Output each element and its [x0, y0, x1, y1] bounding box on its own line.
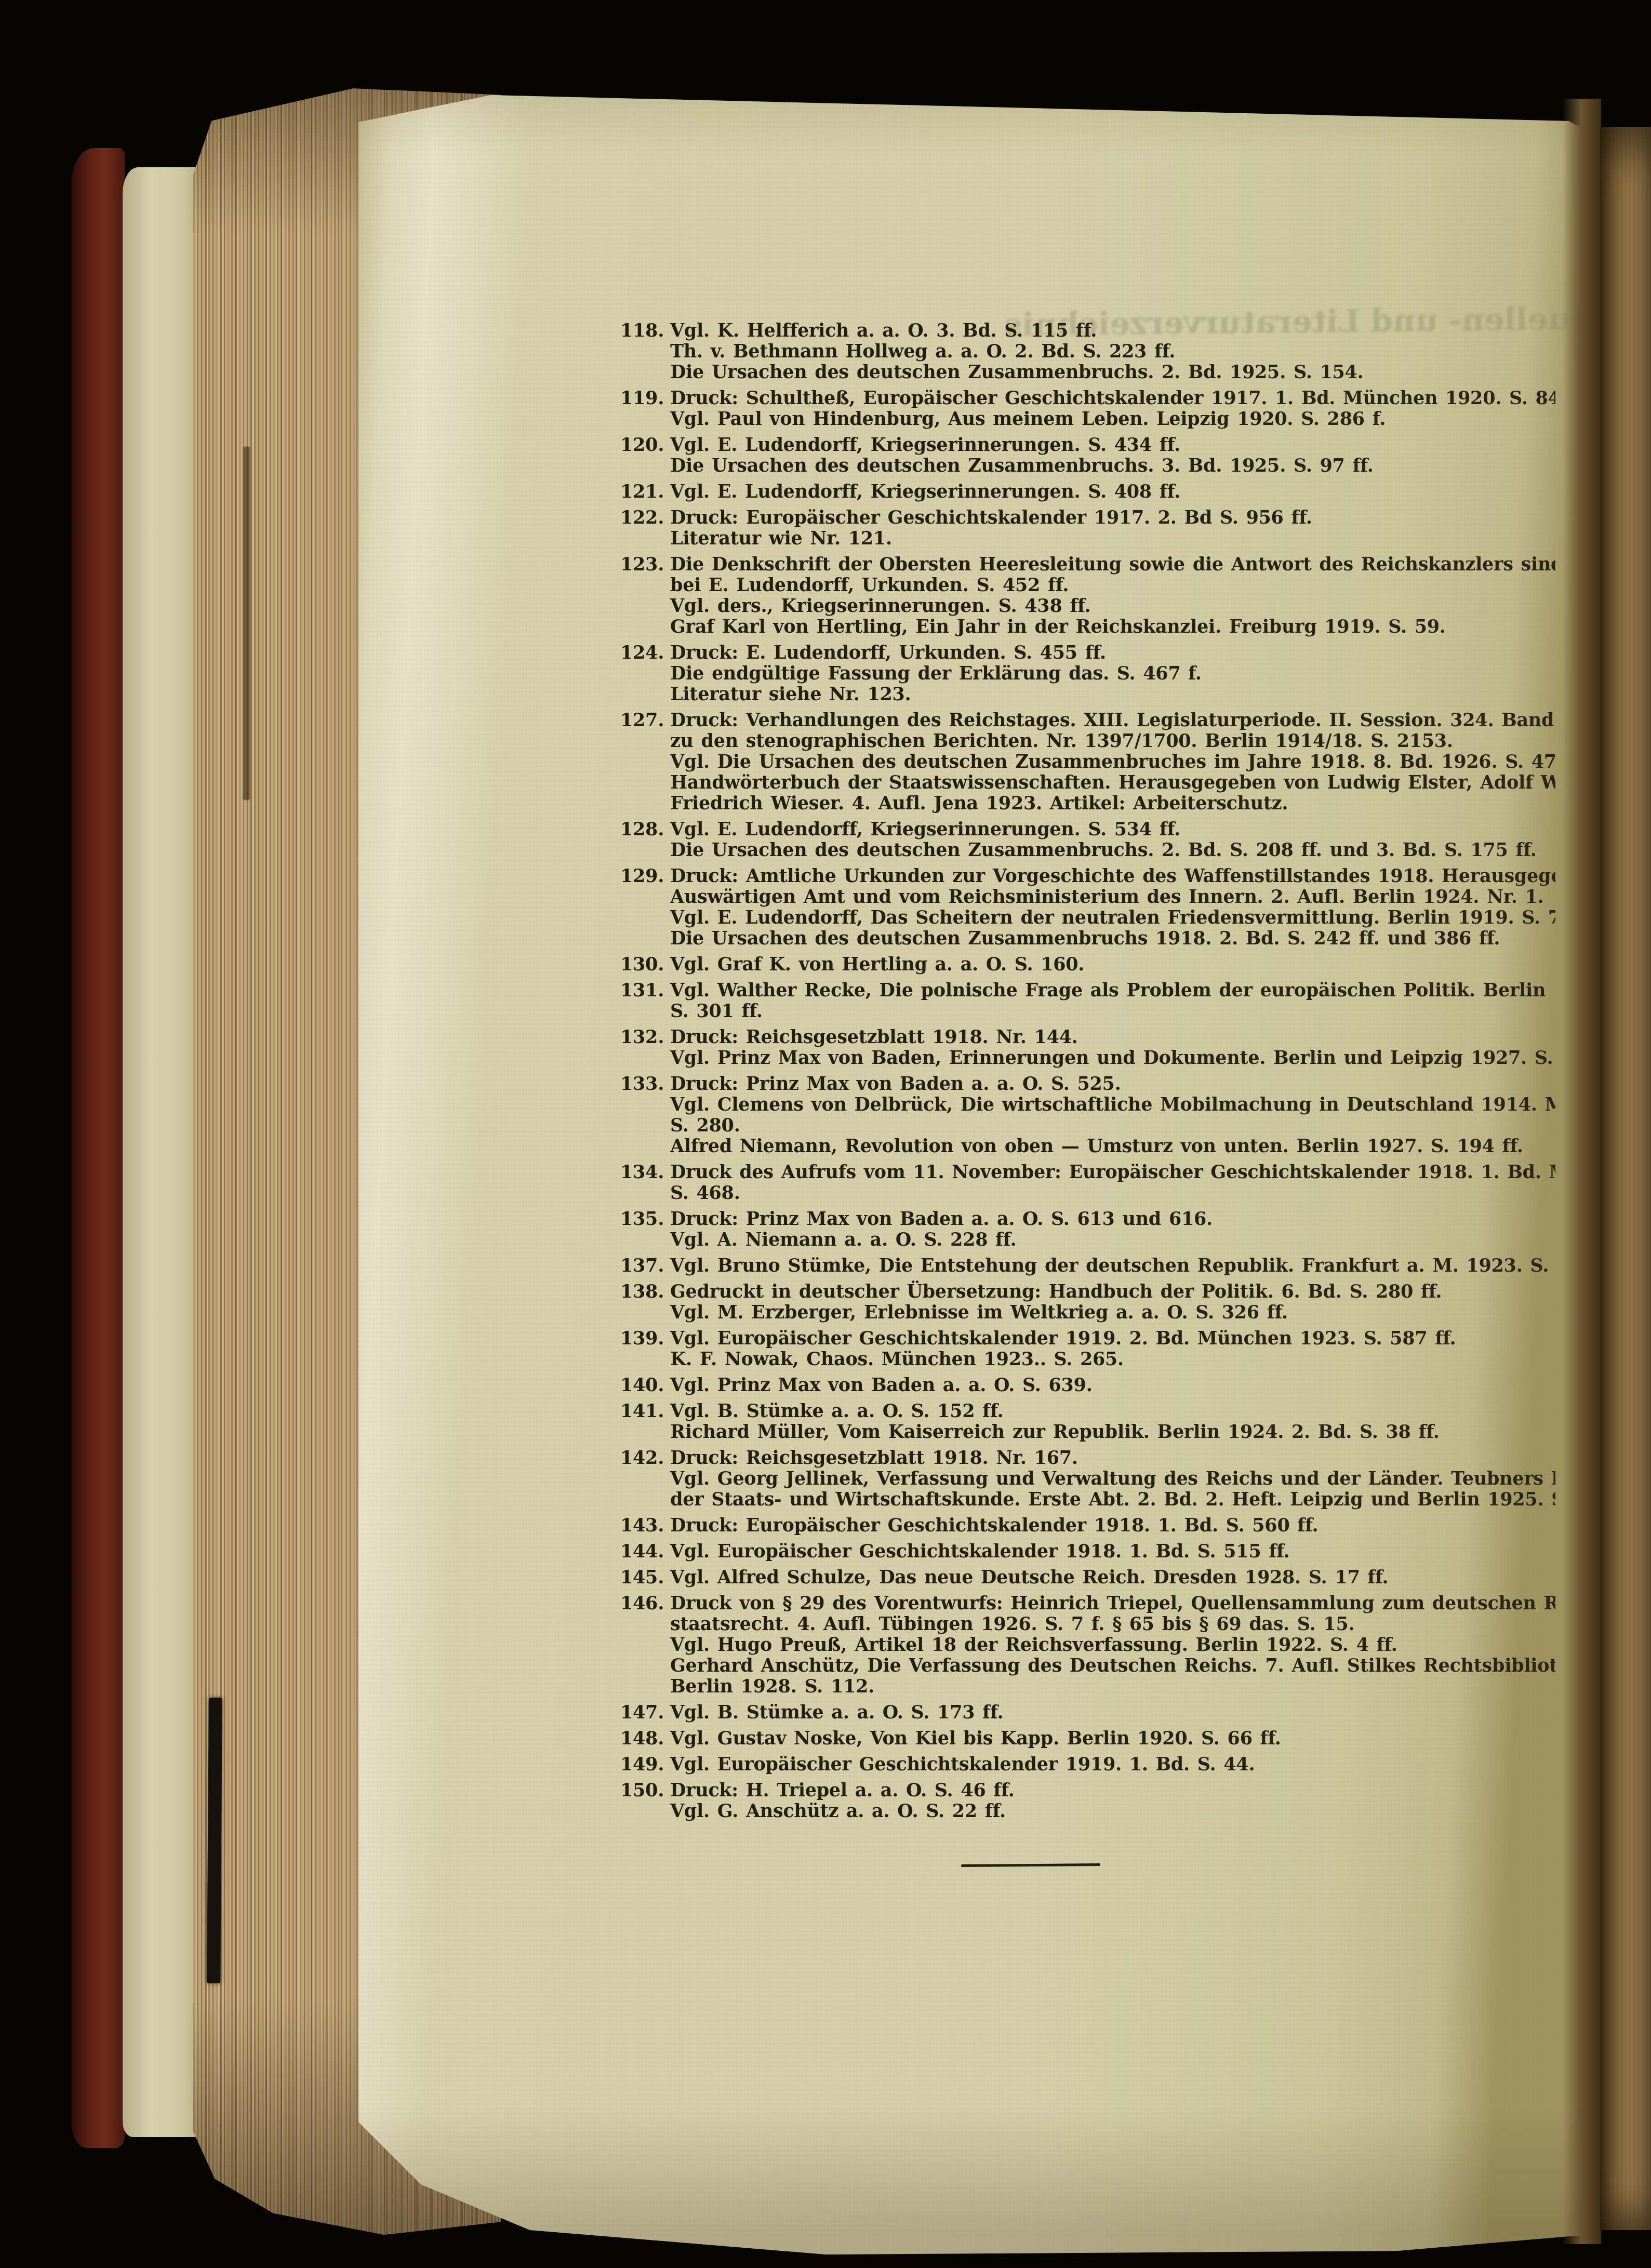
- footnote-line: Vgl. Paul von Hindenburg, Aus meinem Leb…: [670, 409, 1555, 430]
- footnote-number: 128.: [620, 819, 670, 861]
- footnote-line: zu den stenographischen Berichten. Nr. 1…: [670, 731, 1555, 752]
- footnote-line: Vgl. E. Ludendorff, Kriegserinnerungen. …: [670, 435, 1555, 456]
- footnote-entry: 132.Druck: Reichsgesetzblatt 1918. Nr. 1…: [620, 1027, 1555, 1069]
- footnote-line: Druck: Reichsgesetzblatt 1918. Nr. 167.: [670, 1448, 1555, 1469]
- footnote-line: staatsrecht. 4. Aufl. Tübingen 1926. S. …: [670, 1614, 1555, 1635]
- book-page: Quellen- und Literaturverzeichnis 118.Vg…: [358, 86, 1600, 2254]
- footnote-line: Gerhard Anschütz, Die Verfassung des Deu…: [670, 1656, 1555, 1676]
- footnote-line: der Staats- und Wirtschaftskunde. Erste …: [670, 1489, 1555, 1510]
- footnote-line: Vgl. G. Anschütz a. a. O. S. 22 ff.: [670, 1801, 1555, 1822]
- footnote-line: Vgl. B. Stümke a. a. O. S. 173 ff.: [670, 1702, 1555, 1723]
- footnote-line: Druck: E. Ludendorff, Urkunden. S. 455 f…: [670, 643, 1555, 663]
- footnote-line: Druck: H. Triepel a. a. O. S. 46 ff.: [670, 1780, 1555, 1801]
- footnote-entry: 118.Vgl. K. Helfferich a. a. O. 3. Bd. S…: [620, 321, 1555, 383]
- footnote-number: 131.: [620, 980, 670, 1022]
- footnote-line: Berlin 1928. S. 112.: [670, 1676, 1555, 1697]
- footnote-line: Vgl. Prinz Max von Baden a. a. O. S. 639…: [670, 1375, 1555, 1396]
- footnote-line: Graf Karl von Hertling, Ein Jahr in der …: [670, 617, 1555, 637]
- footnote-number: 122.: [620, 508, 670, 549]
- footnote-number: 133.: [620, 1074, 670, 1157]
- footnote-line: Vgl. E. Ludendorff, Kriegserinnerungen. …: [670, 819, 1555, 840]
- footnote-number: 119.: [620, 388, 670, 430]
- footnote-number: 143.: [620, 1515, 670, 1536]
- footnote-entry: 150.Druck: H. Triepel a. a. O. S. 46 ff.…: [620, 1780, 1555, 1822]
- footnote-number: 149.: [620, 1754, 670, 1775]
- footnote-number: 148.: [620, 1728, 670, 1749]
- footnote-line: Druck: Reichsgesetzblatt 1918. Nr. 144.: [670, 1027, 1555, 1048]
- footnote-number: 132.: [620, 1027, 670, 1069]
- footnote-entry: 129.Druck: Amtliche Urkunden zur Vorgesc…: [620, 866, 1555, 949]
- footnote-line: S. 301 ff.: [670, 1001, 1555, 1022]
- footnote-number: 127.: [620, 710, 670, 814]
- footnote-number: 130.: [620, 954, 670, 975]
- footnote-line: Vgl. Georg Jellinek, Verfassung und Verw…: [670, 1469, 1555, 1489]
- footnote-entry: 147.Vgl. B. Stümke a. a. O. S. 173 ff.: [620, 1702, 1555, 1723]
- footnote-number: 135.: [620, 1209, 670, 1250]
- footnote-line: Vgl. Walther Recke, Die polnische Frage …: [670, 980, 1555, 1001]
- footnote-entry: 127.Druck: Verhandlungen des Reichstages…: [620, 710, 1555, 814]
- footnote-line: Druck: Verhandlungen des Reichstages. XI…: [670, 710, 1555, 731]
- footnote-entry: 123.Die Denkschrift der Obersten Heeresl…: [620, 554, 1555, 637]
- footnote-line: Vgl. B. Stümke a. a. O. S. 152 ff.: [670, 1401, 1555, 1422]
- footnote-entry: 134.Druck des Aufrufs vom 11. November: …: [620, 1162, 1555, 1204]
- footnote-line: Vgl. E. Ludendorff, Kriegserinnerungen. …: [670, 482, 1555, 502]
- footnote-entry: 144.Vgl. Europäischer Geschichtskalender…: [620, 1541, 1555, 1562]
- footnote-entry: 139.Vgl. Europäischer Geschichtskalender…: [620, 1328, 1555, 1370]
- footnote-line: Vgl. Gustav Noske, Von Kiel bis Kapp. Be…: [670, 1728, 1555, 1749]
- footnote-entry: 140.Vgl. Prinz Max von Baden a. a. O. S.…: [620, 1375, 1555, 1396]
- footnote-line: bei E. Ludendorff, Urkunden. S. 452 ff.: [670, 575, 1555, 596]
- footnote-entry: 137.Vgl. Bruno Stümke, Die Entstehung de…: [620, 1256, 1555, 1276]
- gutter-shadow: [1563, 99, 1601, 2244]
- footnote-line: Vgl. M. Erzberger, Erlebnisse im Weltkri…: [670, 1302, 1555, 1323]
- footnote-entry: 124.Druck: E. Ludendorff, Urkunden. S. 4…: [620, 643, 1555, 705]
- footnote-line: Druck: Schultheß, Europäischer Geschicht…: [670, 388, 1555, 409]
- footnote-line: Die Ursachen des deutschen Zusammenbruch…: [670, 362, 1555, 383]
- footnote-entry: 130.Vgl. Graf K. von Hertling a. a. O. S…: [620, 954, 1555, 975]
- footnote-line: Die Denkschrift der Obersten Heeresleitu…: [670, 554, 1555, 575]
- footnote-number: 150.: [620, 1780, 670, 1822]
- footnote-line: Vgl. K. Helfferich a. a. O. 3. Bd. S. 11…: [670, 321, 1555, 341]
- footnote-line: Th. v. Bethmann Hollweg a. a. O. 2. Bd. …: [670, 341, 1555, 362]
- footnote-entry: 131.Vgl. Walther Recke, Die polnische Fr…: [620, 980, 1555, 1022]
- book-photo: Quellen- und Literaturverzeichnis 118.Vg…: [0, 0, 1651, 2268]
- footnote-line: Vgl. Europäischer Geschichtskalender 191…: [670, 1754, 1555, 1775]
- footnote-number: 145.: [620, 1567, 670, 1588]
- footnote-number: 134.: [620, 1162, 670, 1204]
- footnote-line: Vgl. Graf K. von Hertling a. a. O. S. 16…: [670, 954, 1555, 975]
- footnote-entry: 145.Vgl. Alfred Schulze, Das neue Deutsc…: [620, 1567, 1555, 1588]
- footnote-line: Druck: Prinz Max von Baden a. a. O. S. 5…: [670, 1074, 1555, 1095]
- footnote-number: 140.: [620, 1375, 670, 1396]
- footnote-entry: 121.Vgl. E. Ludendorff, Kriegserinnerung…: [620, 482, 1555, 502]
- footnote-line: Vgl. ders., Kriegserinnerungen. S. 438 f…: [670, 596, 1555, 617]
- footnote-line: Literatur siehe Nr. 123.: [670, 684, 1555, 705]
- footnote-entry: 133.Druck: Prinz Max von Baden a. a. O. …: [620, 1074, 1555, 1157]
- footnote-line: Handwörterbuch der Staatswissenschaften.…: [670, 772, 1555, 793]
- footnote-number: 139.: [620, 1328, 670, 1370]
- footnote-entry: 146.Druck von § 29 des Vorentwurfs: Hein…: [620, 1593, 1555, 1697]
- footnote-entry: 119.Druck: Schultheß, Europäischer Gesch…: [620, 388, 1555, 430]
- footnote-line: S. 280.: [670, 1115, 1555, 1136]
- bookmark-ribbon: [207, 1698, 222, 1983]
- end-rule: [961, 1863, 1100, 1867]
- footnote-line: Vgl. Europäischer Geschichtskalender 191…: [670, 1541, 1555, 1562]
- footnote-number: 118.: [620, 321, 670, 383]
- footnote-line: Druck: Amtliche Urkunden zur Vorgeschich…: [670, 866, 1555, 887]
- footnote-entry: 120.Vgl. E. Ludendorff, Kriegserinnerung…: [620, 435, 1555, 476]
- footnote-line: S. 468.: [670, 1183, 1555, 1204]
- footnote-number: 144.: [620, 1541, 670, 1562]
- footnote-line: Die endgültige Fassung der Erklärung das…: [670, 663, 1555, 684]
- signature-gap: [243, 447, 250, 800]
- footnote-number: 137.: [620, 1256, 670, 1276]
- footnote-line: Die Ursachen des deutschen Zusammenbruch…: [670, 928, 1555, 949]
- footnote-number: 147.: [620, 1702, 670, 1723]
- endpaper-edge: [123, 167, 205, 2137]
- footnote-number: 121.: [620, 482, 670, 502]
- footnote-entry: 128.Vgl. E. Ludendorff, Kriegserinnerung…: [620, 819, 1555, 861]
- footnote-entry: 141.Vgl. B. Stümke a. a. O. S. 152 ff.Ri…: [620, 1401, 1555, 1443]
- footnote-number: 120.: [620, 435, 670, 476]
- footnote-line: Vgl. E. Ludendorff, Das Scheitern der ne…: [670, 908, 1555, 928]
- footnote-line: Vgl. Hugo Preuß, Artikel 18 der Reichsve…: [670, 1635, 1555, 1656]
- footnote-line: Literatur wie Nr. 121.: [670, 528, 1555, 549]
- footnote-line: Druck: Europäischer Geschichtskalender 1…: [670, 508, 1555, 528]
- footnote-entry: 149.Vgl. Europäischer Geschichtskalender…: [620, 1754, 1555, 1775]
- footnote-entry: 122.Druck: Europäischer Geschichtskalend…: [620, 508, 1555, 549]
- footnote-line: K. F. Nowak, Chaos. München 1923.. S. 26…: [670, 1349, 1555, 1370]
- footnote-line: Druck: Prinz Max von Baden a. a. O. S. 6…: [670, 1209, 1555, 1230]
- footnote-entry: 138.Gedruckt in deutscher Übersetzung: H…: [620, 1282, 1555, 1323]
- footnote-number: 123.: [620, 554, 670, 637]
- footnote-line: Friedrich Wieser. 4. Aufl. Jena 1923. Ar…: [670, 793, 1555, 814]
- footnote-line: Vgl. Alfred Schulze, Das neue Deutsche R…: [670, 1567, 1555, 1588]
- footnote-line: Vgl. A. Niemann a. a. O. S. 228 ff.: [670, 1230, 1555, 1250]
- footnote-line: Richard Müller, Vom Kaiserreich zur Repu…: [670, 1422, 1555, 1443]
- footnote-number: 142.: [620, 1448, 670, 1510]
- footnote-line: Druck des Aufrufs vom 11. November: Euro…: [670, 1162, 1555, 1183]
- footnote-number: 146.: [620, 1593, 670, 1697]
- footnote-entry: 142.Druck: Reichsgesetzblatt 1918. Nr. 1…: [620, 1448, 1555, 1510]
- footnote-line: Vgl. Clemens von Delbrück, Die wirtschaf…: [670, 1095, 1555, 1115]
- footnote-line: Vgl. Die Ursachen des deutschen Zusammen…: [670, 752, 1555, 772]
- footnote-number: 138.: [620, 1282, 670, 1323]
- footnote-line: Druck: Europäischer Geschichtskalender 1…: [670, 1515, 1555, 1536]
- footnote-line: Vgl. Prinz Max von Baden, Erinnerungen u…: [670, 1048, 1555, 1069]
- footnote-line: Die Ursachen des deutschen Zusammenbruch…: [670, 456, 1555, 476]
- footnote-number: 129.: [620, 866, 670, 949]
- footnote-line: Die Ursachen des deutschen Zusammenbruch…: [670, 840, 1555, 861]
- book-cover-edge: [72, 148, 125, 2148]
- footnote-line: Vgl. Bruno Stümke, Die Entstehung der de…: [670, 1256, 1555, 1276]
- footnote-entry: 143.Druck: Europäischer Geschichtskalend…: [620, 1515, 1555, 1536]
- footnote-entry: 135.Druck: Prinz Max von Baden a. a. O. …: [620, 1209, 1555, 1250]
- footnote-line: Vgl. Europäischer Geschichtskalender 191…: [670, 1328, 1555, 1349]
- footnote-line: Alfred Niemann, Revolution von oben — Um…: [670, 1136, 1555, 1157]
- footnote-entry: 148.Vgl. Gustav Noske, Von Kiel bis Kapp…: [620, 1728, 1555, 1749]
- footnote-line: Auswärtigen Amt und vom Reichsministeriu…: [670, 887, 1555, 908]
- facing-page-edge: [1600, 127, 1651, 2230]
- footnote-number: 141.: [620, 1401, 670, 1443]
- footnote-line: Druck von § 29 des Vorentwurfs: Heinrich…: [670, 1593, 1555, 1614]
- footnotes-list: 118.Vgl. K. Helfferich a. a. O. 3. Bd. S…: [620, 321, 1555, 1827]
- footnote-line: Gedruckt in deutscher Übersetzung: Handb…: [670, 1282, 1555, 1302]
- footnote-number: 124.: [620, 643, 670, 705]
